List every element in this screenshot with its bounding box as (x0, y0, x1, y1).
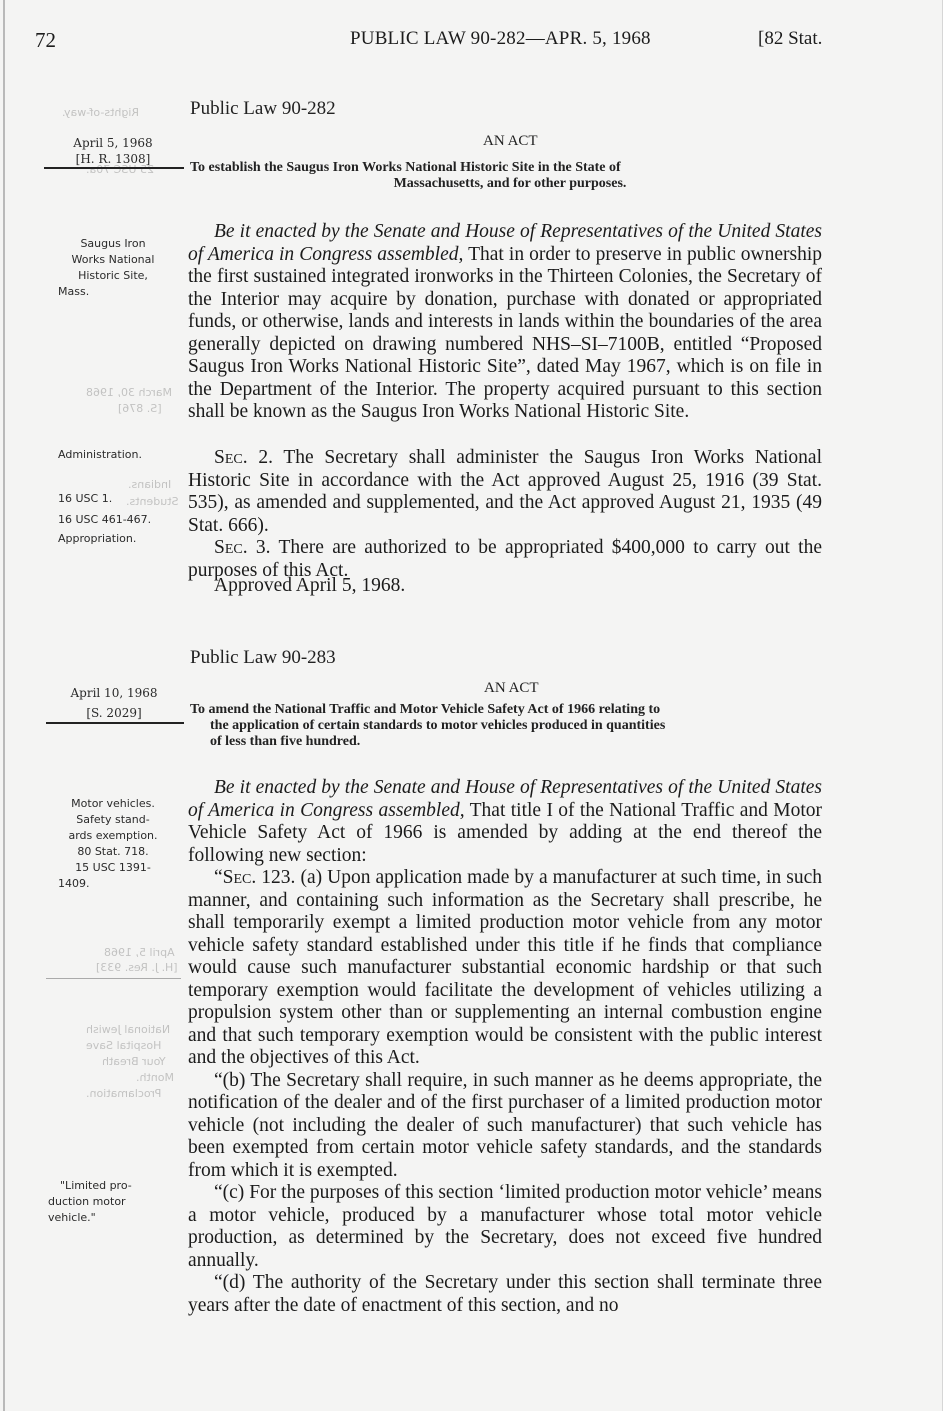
section3-text: There are authorized to be appropriated … (188, 537, 822, 581)
purpose-line1: To establish the Saugus Iron Works Natio… (190, 160, 621, 175)
section2-text: The Secretary shall administer the Saugu… (188, 447, 822, 536)
an-act-heading-law2: AN ACT (484, 680, 539, 697)
bleed-margin-hospital: Hospital Save (86, 1039, 161, 1052)
margin-date: April 5, 1968 (48, 135, 178, 151)
purpose-law2: To amend the National Traffic and Motor … (190, 702, 830, 750)
margin-line: Works National (58, 252, 168, 268)
margin-appropriation: Appropriation. (58, 531, 136, 547)
margin-line: duction motor (48, 1194, 158, 1210)
running-head-title: PUBLIC LAW 90-282—APR. 5, 1968 (350, 28, 651, 50)
margin-note-motor-vehicles: Motor vehicles. Safety stand- ards exemp… (58, 796, 168, 892)
sec123-label: “Sec. 123. (214, 867, 295, 888)
margin-line: ards exemption. (58, 828, 168, 844)
margin-line: "Limited pro- (48, 1178, 158, 1194)
law-label-90-282: Public Law 90-282 (190, 98, 336, 120)
bleed-margin-hjres: [H. J. Res. 933] (96, 961, 178, 974)
section2-label: Sec. 2. (214, 447, 273, 468)
purpose-line2: the application of certain standards to … (190, 718, 830, 734)
an-act-heading-law1: AN ACT (483, 133, 538, 150)
margin-date-law2: April 10, 1968 [S. 2029] (54, 683, 174, 723)
margin-line: Saugus Iron (58, 236, 168, 252)
margin-note-limited-production: "Limited pro- duction motor vehicle." (48, 1178, 158, 1226)
margin-line: 80 Stat. 718. (58, 844, 168, 860)
margin-bill-number: [S. 2029] (54, 703, 174, 723)
bleed-rule (46, 978, 181, 979)
bleed-margin-jewish: National Jewish (86, 1023, 170, 1036)
margin-line: Mass. (58, 284, 168, 300)
margin-line: Safety stand- (58, 812, 168, 828)
page-number: 72 (35, 28, 56, 53)
margin-date-law1: April 5, 1968 [H. R. 1308] (48, 135, 178, 167)
bleed-margin-march: March 30, 1968 (86, 386, 172, 399)
margin-line: vehicle." (48, 1210, 158, 1226)
margin-usc-16-461: 16 USC 461-467. (58, 512, 151, 528)
purpose-line1: To amend the National Traffic and Motor … (190, 702, 660, 717)
law-label-90-283: Public Law 90-283 (190, 647, 336, 669)
bleed-margin-students: Students. (126, 495, 179, 508)
running-head: 72 PUBLIC LAW 90-282—APR. 5, 1968 [82 St… (0, 28, 943, 58)
margin-rule-law1 (44, 167, 184, 169)
bleed-margin-breath: Your Breath (102, 1055, 166, 1068)
bleed-margin-month: Month. (136, 1071, 174, 1084)
law2-body: Be it enacted by the Senate and House of… (188, 777, 822, 1317)
margin-date: April 10, 1968 (54, 683, 174, 703)
bleed-margin-s876: [S. 876] (118, 402, 162, 415)
purpose-line3: of less than five hundred. (190, 734, 830, 750)
purpose-line2: Massachusetts, and for other purposes. (190, 176, 830, 192)
page-edge-left (3, 0, 5, 1411)
law1-section2: Sec. 2. The Secretary shall administer t… (188, 447, 822, 582)
bleed-margin-proclamation: Proclamation. (86, 1087, 161, 1100)
margin-line: Historic Site, (58, 268, 168, 284)
margin-line: Motor vehicles. (58, 796, 168, 812)
margin-rule-law2 (46, 722, 184, 724)
margin-line: 1409. (58, 876, 168, 892)
law1-section1: Be it enacted by the Senate and House of… (188, 221, 822, 424)
sec123-d: “(d) The authority of the Secretary unde… (188, 1272, 822, 1317)
purpose-law1: To establish the Saugus Iron Works Natio… (190, 160, 830, 192)
section3-label: Sec. 3. (214, 537, 271, 558)
margin-line: 15 USC 1391- (58, 860, 168, 876)
sec123-a: (a) Upon application made by a manufactu… (188, 867, 822, 1068)
margin-usc-16-1: 16 USC 1. (58, 491, 112, 507)
section1-text: That in order to preserve in public owne… (188, 244, 822, 423)
bleed-margin-indians: Indians. (128, 478, 171, 491)
sec123-b: “(b) The Secretary shall require, in suc… (188, 1070, 822, 1183)
margin-bill-number: [H. R. 1308] (48, 151, 178, 167)
approved-date-law1: Approved April 5, 1968. (214, 575, 405, 597)
running-head-volume: [82 Stat. (758, 28, 822, 50)
margin-administration: Administration. (58, 447, 142, 463)
sec123-c: “(c) For the purposes of this section ‘l… (188, 1182, 822, 1272)
bleed-margin-april: April 5, 1968 (104, 946, 175, 959)
margin-note-saugus: Saugus Iron Works National Historic Site… (58, 236, 168, 300)
bleed-margin-rights: Rights-of-way. (62, 106, 139, 119)
